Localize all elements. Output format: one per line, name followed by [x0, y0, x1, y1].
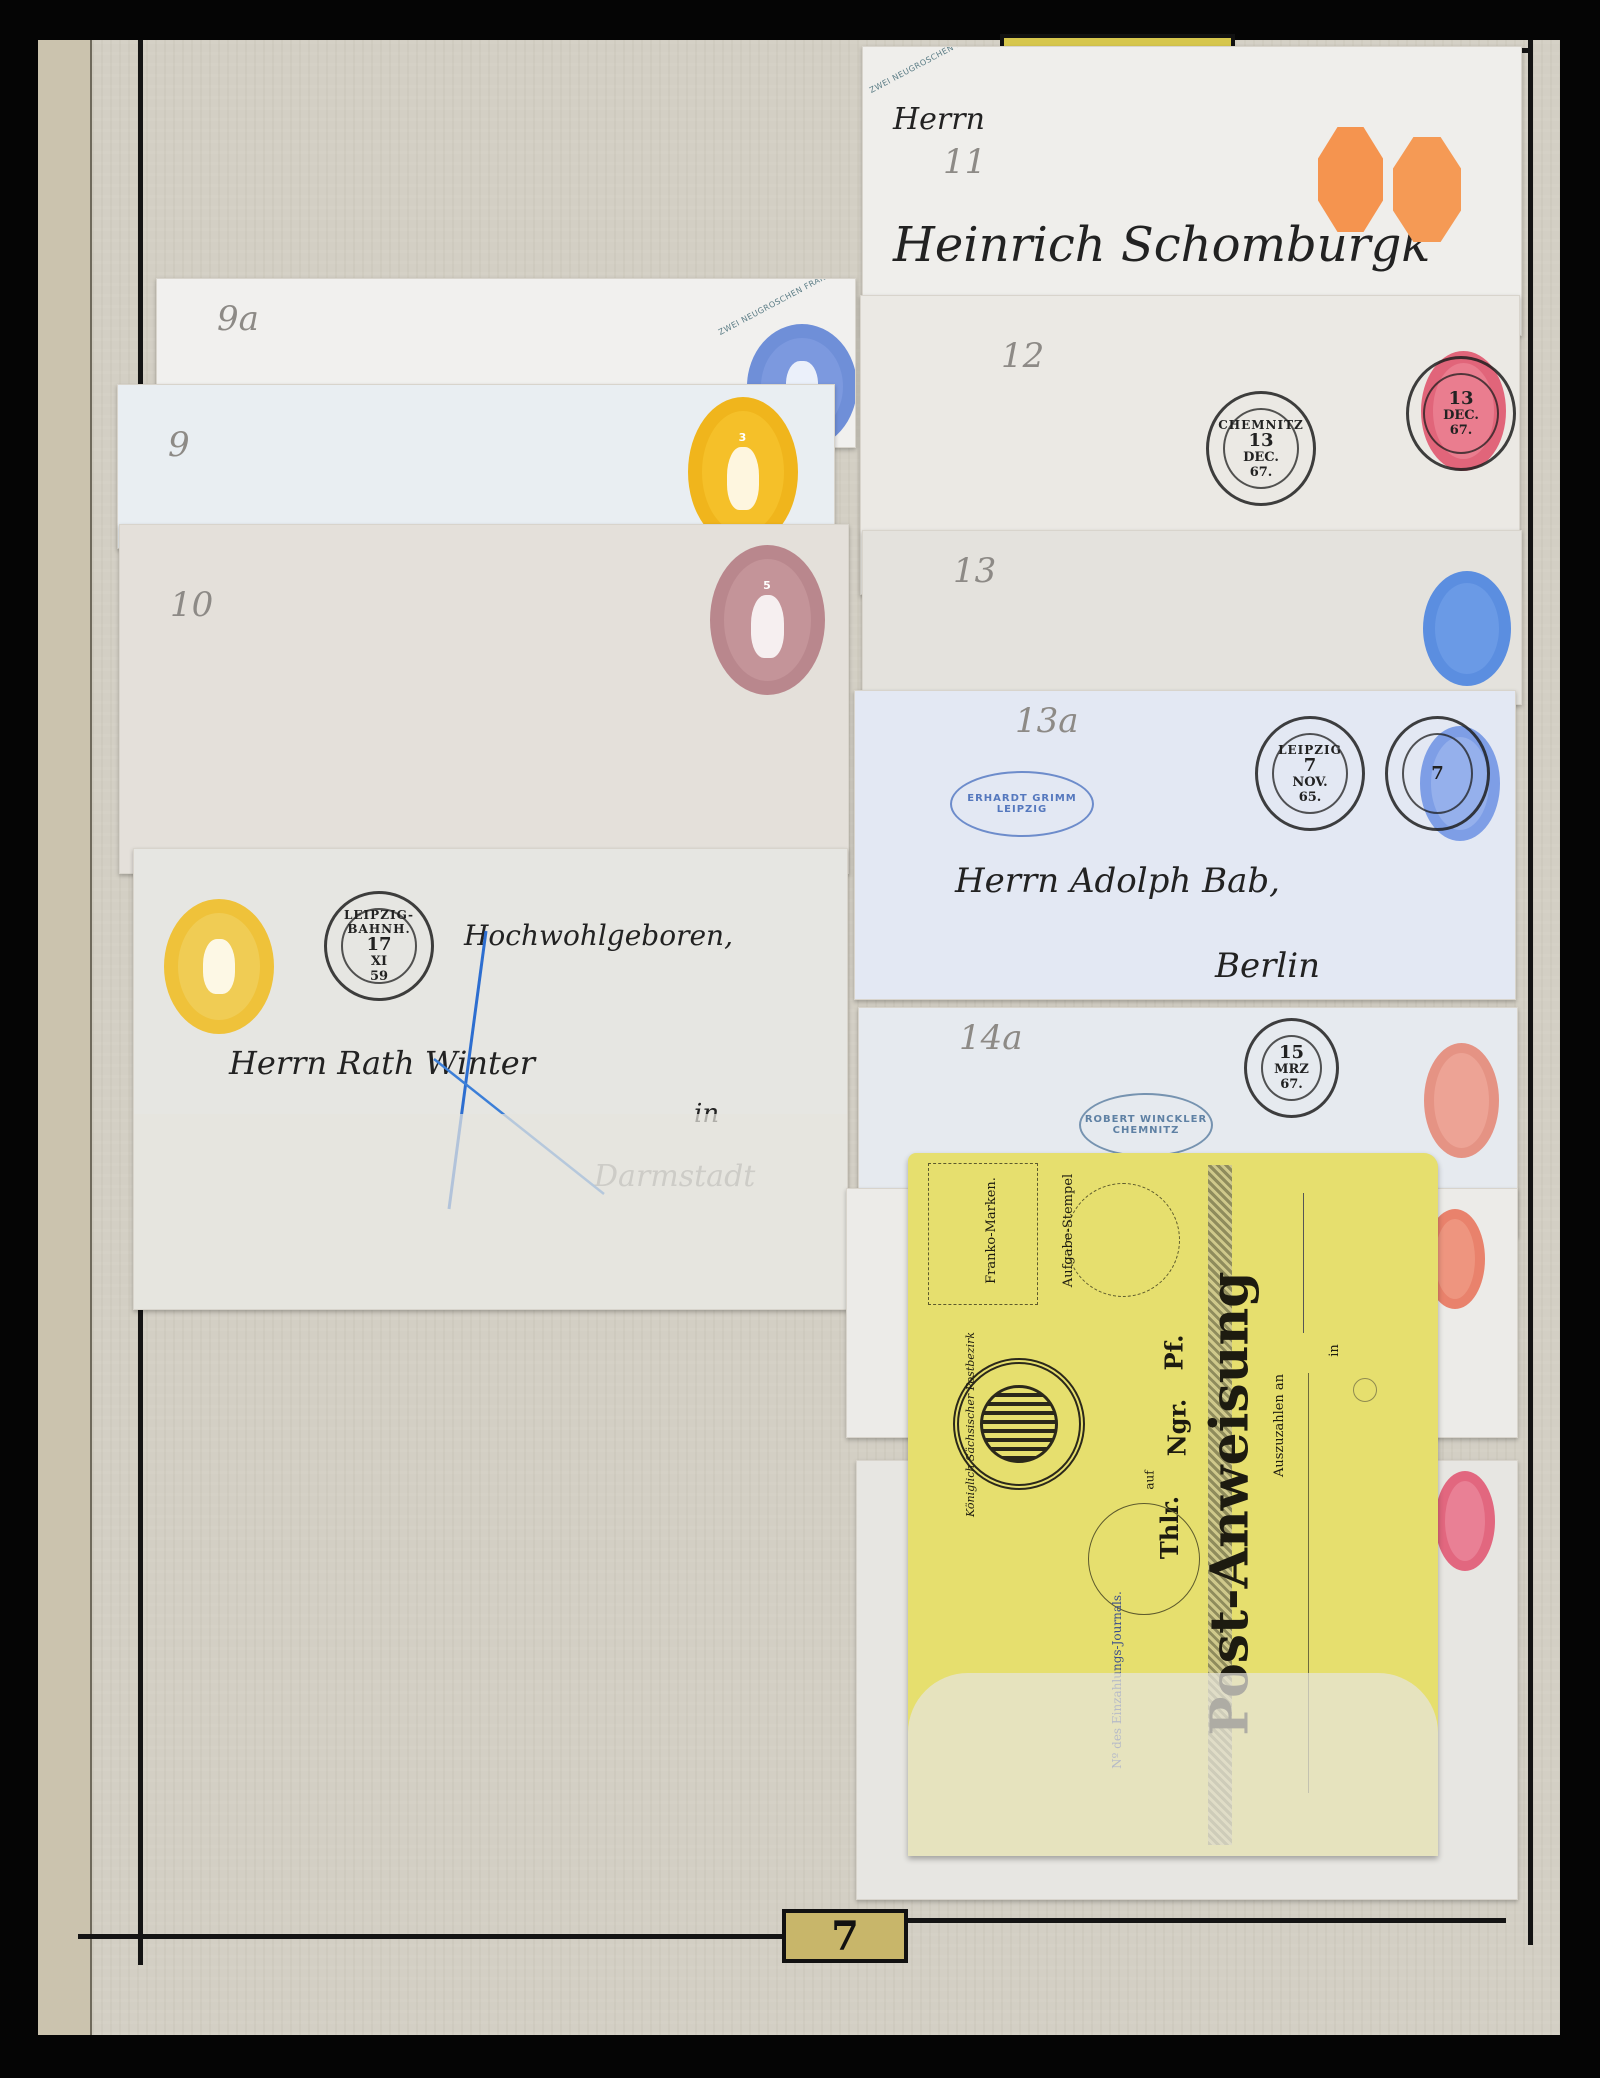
page-number-box: 7 [782, 1909, 908, 1963]
sachsen-stamp-orange-1 [1318, 127, 1383, 232]
address-line-1: Herrn Adolph Bab, [955, 861, 1280, 901]
bottom-border-line-left [78, 1934, 783, 1939]
cachet-erhardt-grimm: ERHARDT GRIMM LEIPZIG [950, 771, 1094, 837]
postmark-chemnitz: 15 MRZ 67. [1244, 1018, 1339, 1118]
sachsen-stamp-blue-arms [1423, 571, 1511, 686]
address-line-1: Herrn [893, 102, 985, 137]
catalog-note: 9a [217, 299, 259, 339]
catalog-note: 14a [959, 1018, 1023, 1058]
postmark-leipzig: LEIPZIG 7 NOV. 65. [1255, 716, 1365, 831]
address-line-2: Berlin [1215, 946, 1320, 986]
stamp-value: 3 [739, 431, 748, 444]
right-border-line [1528, 40, 1533, 1940]
bottom-border-line-right [906, 1918, 1506, 1923]
bottom-right-tick [1528, 1900, 1533, 1945]
envelope-darmstadt[interactable]: LEIPZIG-BAHNH. 17 XI 59 Hochwohlgeboren,… [133, 848, 848, 1310]
glassine-pocket [908, 1673, 1438, 1856]
album-page: 9a ZWEI NEUGROSCHEN FRANCO-COUVERT 9 3 1… [38, 40, 1560, 2035]
stamp-value: 5 [763, 579, 772, 592]
postmark-chemnitz-on-stamp: 13 DEC. 67. [1406, 356, 1516, 471]
place-label: in [1327, 1344, 1342, 1357]
envelope-imprint: ZWEI NEUGROSCHEN FRANCO-COUVERT [868, 46, 1030, 95]
post-anweisung-card[interactable]: Franko-Marken. Aufgabe-Stempel Königlich… [908, 1153, 1438, 1856]
sachsen-stamp-lilac: 5 [710, 545, 825, 695]
head-motif [751, 595, 784, 658]
crest-shield [980, 1385, 1058, 1463]
catalog-note: 9 [168, 425, 190, 465]
envelope-13a[interactable]: 13a ERHARDT GRIMM LEIPZIG LEIPZIG 7 NOV.… [854, 690, 1516, 1000]
aufgabe-stempel-circle [1066, 1183, 1180, 1297]
envelope-11[interactable]: ZWEI NEUGROSCHEN FRANCO-COUVERT 11 Herrn… [862, 46, 1522, 336]
catalog-note: 11 [943, 142, 986, 182]
catalog-note: 13 [953, 551, 996, 591]
envelope-13[interactable]: 13 [862, 530, 1522, 705]
punch-hole [1353, 1378, 1377, 1402]
journal-circle [1088, 1503, 1200, 1615]
cachet-robert-winckler: ROBERT WINCKLER CHEMNITZ [1079, 1093, 1213, 1157]
postmark-leipzig-on-stamp: 7 [1385, 716, 1490, 831]
page-margin-strip [38, 40, 92, 2035]
sachsen-stamp-red-5 [1435, 1471, 1495, 1571]
head-motif [727, 447, 758, 510]
bottom-left-tick [138, 1920, 143, 1965]
aufgabe-stempel-label: Aufgabe-Stempel [1061, 1174, 1076, 1287]
card-title: Post-Anweisung [1200, 1271, 1261, 1735]
catalog-note: 13a [1015, 701, 1079, 741]
payee-label: Auszuzahlen an [1272, 1374, 1287, 1477]
sachsen-stamp-salmon [1424, 1043, 1499, 1158]
crest-ribbon-text: Königlich Sächsischer Postbezirk [964, 1332, 977, 1517]
payee-line [1303, 1193, 1304, 1333]
postmark-chemnitz: CHEMNITZ 13 DEC. 67. [1206, 391, 1316, 506]
franko-marken-label: Franko-Marken. [984, 1177, 999, 1284]
glassine-pocket [134, 1114, 848, 1310]
unit-pfennig: Pf. [1159, 1335, 1188, 1371]
card-subtitle: auf [1143, 1470, 1157, 1489]
unit-neugroschen: Ngr. [1162, 1399, 1191, 1457]
catalog-note: 12 [1001, 336, 1044, 376]
catalog-note: 10 [170, 585, 213, 625]
envelope-10[interactable]: 10 5 [119, 524, 849, 874]
